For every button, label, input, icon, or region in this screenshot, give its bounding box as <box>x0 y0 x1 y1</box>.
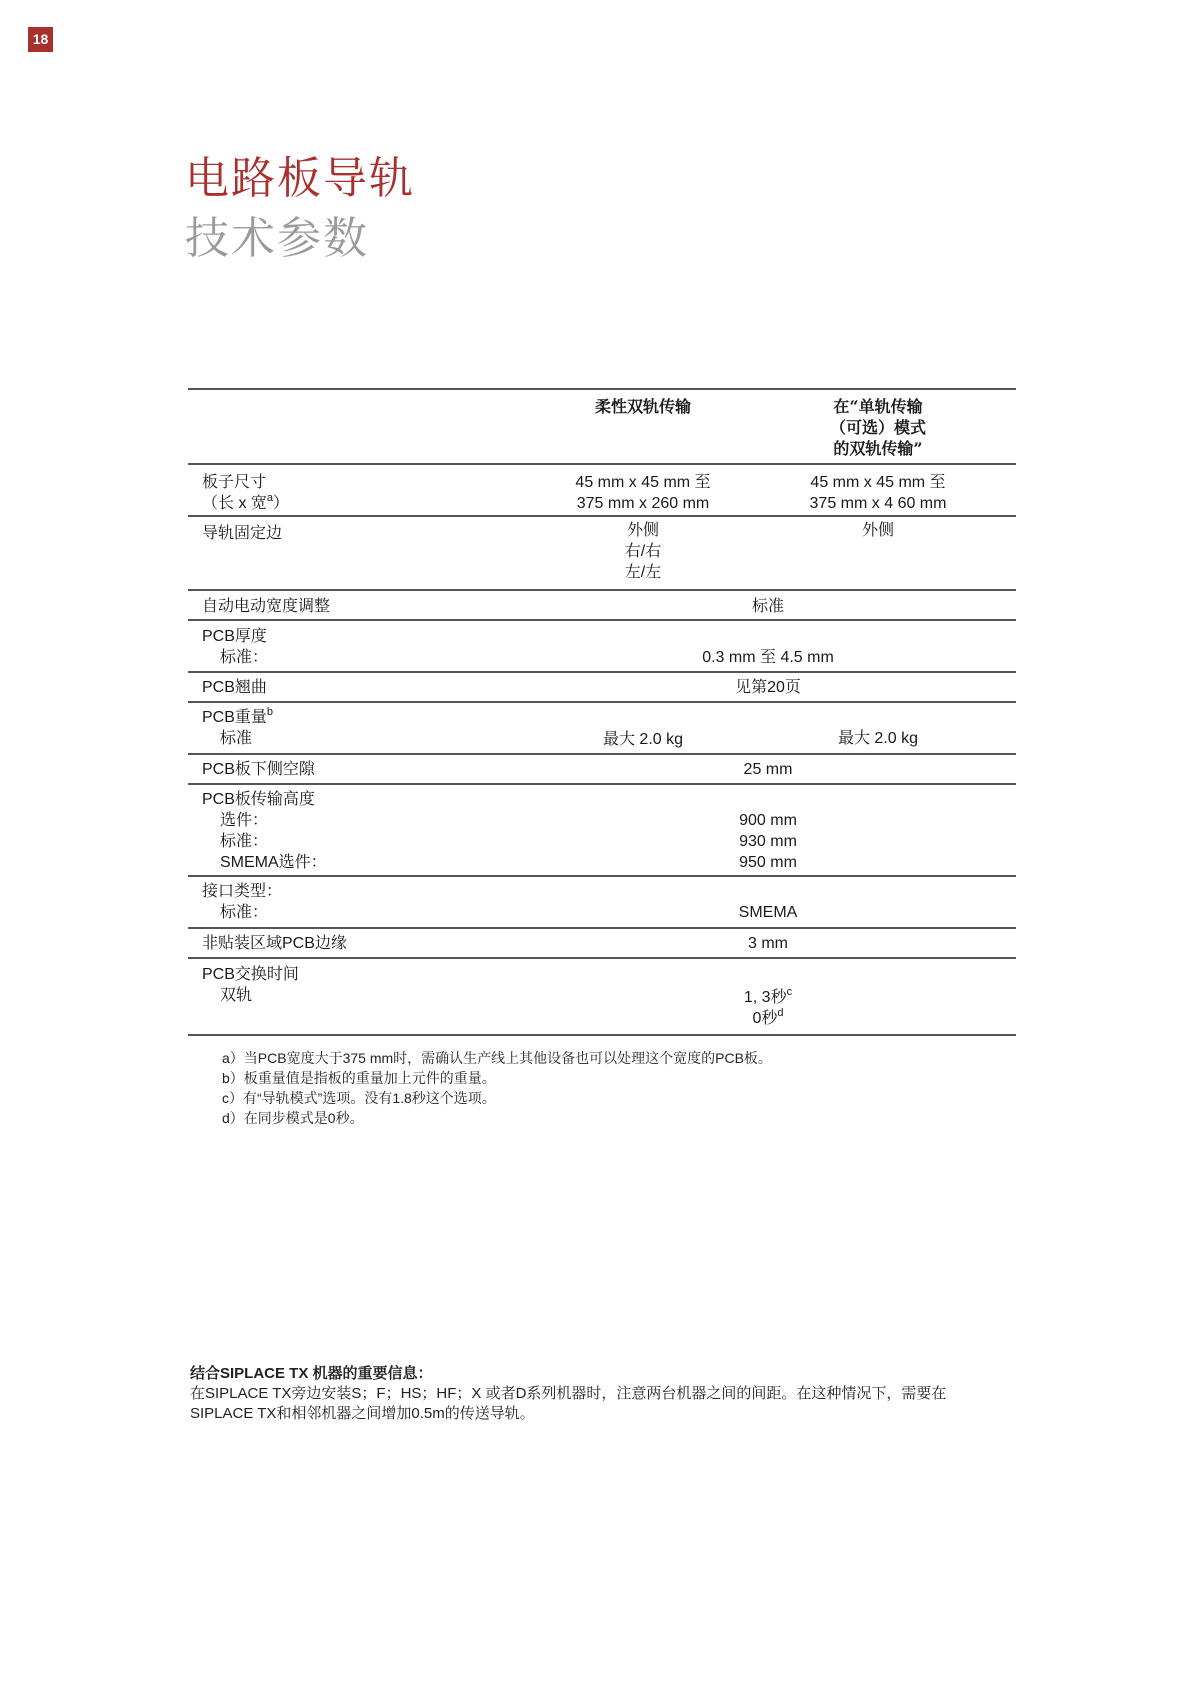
info-title: 结合SIPLACE TX 机器的重要信息： <box>190 1364 1020 1384</box>
value-line: 950 mm <box>543 852 993 873</box>
board-size-col2: 45 mm x 45 mm 至 375 mm x 4 60 mm <box>778 472 978 514</box>
header-line: 在“单轨传输 <box>778 396 978 417</box>
value-line: 45 mm x 45 mm 至 <box>543 472 743 493</box>
label-line: PCB重量b <box>202 707 273 728</box>
table-rule <box>188 957 1016 959</box>
label-sub: 标准 <box>202 728 273 749</box>
label-sub: 标准： <box>202 902 282 923</box>
thickness-value: 0.3 mm 至 4.5 mm <box>543 647 993 668</box>
column-header-flexible-dual: 柔性双轨传输 <box>543 396 743 417</box>
row-label-edge: 非贴装区域PCB边缘 <box>202 933 347 954</box>
row-label-auto-width: 自动电动宽度调整 <box>202 596 330 617</box>
table-rule <box>188 515 1016 517</box>
value-line: 右/右 <box>543 541 743 562</box>
label-line: 接口类型： <box>202 881 282 902</box>
weight-col2: 最大 2.0 kg <box>778 728 978 749</box>
interface-value: SMEMA <box>543 902 993 923</box>
row-label-height: PCB板传输高度 选件： 标准： SMEMA选件： <box>202 789 327 873</box>
page-number-badge: 18 <box>28 27 53 52</box>
page-subtitle: 技术参数 <box>185 202 369 266</box>
footnote: c）有“导轨模式”选项。没有1.8秒这个选项。 <box>222 1088 772 1108</box>
label-sub: SMEMA选件： <box>202 852 327 873</box>
footnote-ref: c <box>787 986 793 998</box>
value-text: 1, 3秒 <box>744 989 787 1006</box>
fixed-side-col1: 外侧 右/右 左/左 <box>543 520 743 583</box>
row-label-weight: PCB重量b 标准 <box>202 707 273 749</box>
footnotes: a）当PCB宽度大于375 mm时，需确认生产线上其他设备也可以处理这个宽度的P… <box>222 1048 772 1128</box>
value-line: 左/左 <box>543 562 743 583</box>
value-line: 1, 3秒c <box>543 987 993 1008</box>
label-line: PCB板传输高度 <box>202 789 327 810</box>
warp-value: 见第20页 <box>543 677 993 698</box>
row-label-clearance: PCB板下侧空隙 <box>202 759 315 780</box>
table-rule <box>188 388 1016 390</box>
row-label-warp: PCB翘曲 <box>202 677 267 698</box>
table-rule <box>188 589 1016 591</box>
label-sub: 选件： <box>202 810 327 831</box>
label-line: PCB交换时间 <box>202 964 299 985</box>
value-line: 900 mm <box>543 810 993 831</box>
fixed-side-col2: 外侧 <box>778 520 978 541</box>
label-line: （长 x 宽a） <box>202 493 289 514</box>
footnote: b）板重量值是指板的重量加上元件的重量。 <box>222 1068 772 1088</box>
page-title: 电路板导轨 <box>185 142 415 206</box>
label-sub: 标准： <box>202 831 327 852</box>
table-rule <box>188 927 1016 929</box>
footnote: a）当PCB宽度大于375 mm时，需确认生产线上其他设备也可以处理这个宽度的P… <box>222 1048 772 1068</box>
important-info: 结合SIPLACE TX 机器的重要信息： 在SIPLACE TX旁边安装S；F… <box>190 1364 1020 1424</box>
auto-width-value: 标准 <box>543 596 993 617</box>
label-text: （长 x 宽 <box>202 495 267 512</box>
label-text: PCB重量 <box>202 709 267 726</box>
value-line: 375 mm x 260 mm <box>543 493 743 514</box>
column-header-single-mode-dual: 在“单轨传输 （可选）模式 的双轨传输” <box>778 396 978 459</box>
row-label-thickness: PCB厚度 标准： <box>202 626 268 668</box>
table-rule <box>188 783 1016 785</box>
clearance-value: 25 mm <box>543 759 993 780</box>
table-rule <box>188 463 1016 465</box>
value-text: 0秒 <box>752 1010 777 1027</box>
height-values: 900 mm 930 mm 950 mm <box>543 810 993 873</box>
table-rule <box>188 1034 1016 1036</box>
value-line: 45 mm x 45 mm 至 <box>778 472 978 493</box>
row-label-board-size: 板子尺寸 （长 x 宽a） <box>202 472 289 514</box>
label-sub: 双轨 <box>202 985 299 1006</box>
table-rule <box>188 753 1016 755</box>
value-line: 930 mm <box>543 831 993 852</box>
header-line: 的双轨传输” <box>778 438 978 459</box>
footnote: d）在同步模式是0秒。 <box>222 1108 772 1128</box>
value-line: 375 mm x 4 60 mm <box>778 493 978 514</box>
value-line: 外侧 <box>543 520 743 541</box>
weight-col1: 最大 2.0 kg <box>543 729 743 750</box>
label-text: ） <box>273 495 289 512</box>
header-line: （可选）模式 <box>778 417 978 438</box>
edge-value: 3 mm <box>543 933 993 954</box>
row-label-interface: 接口类型： 标准： <box>202 881 282 923</box>
board-size-col1: 45 mm x 45 mm 至 375 mm x 260 mm <box>543 472 743 514</box>
info-line: SIPLACE TX和相邻机器之间增加0.5m的传送导轨。 <box>190 1404 1020 1424</box>
row-label-fixed-side: 导轨固定边 <box>202 523 282 544</box>
label-sub: 标准： <box>202 647 268 668</box>
row-label-exchange: PCB交换时间 双轨 <box>202 964 299 1006</box>
table-rule <box>188 701 1016 703</box>
footnote-ref: b <box>267 706 273 718</box>
table-rule <box>188 671 1016 673</box>
label-line: 板子尺寸 <box>202 472 289 493</box>
table-rule <box>188 875 1016 877</box>
label-line: PCB厚度 <box>202 626 268 647</box>
table-rule <box>188 619 1016 621</box>
exchange-values: 1, 3秒c 0秒d <box>543 987 993 1029</box>
info-line: 在SIPLACE TX旁边安装S；F；HS；HF；X 或者D系列机器时，注意两台… <box>190 1384 1020 1404</box>
footnote-ref: d <box>777 1007 783 1019</box>
value-line: 0秒d <box>543 1008 993 1029</box>
